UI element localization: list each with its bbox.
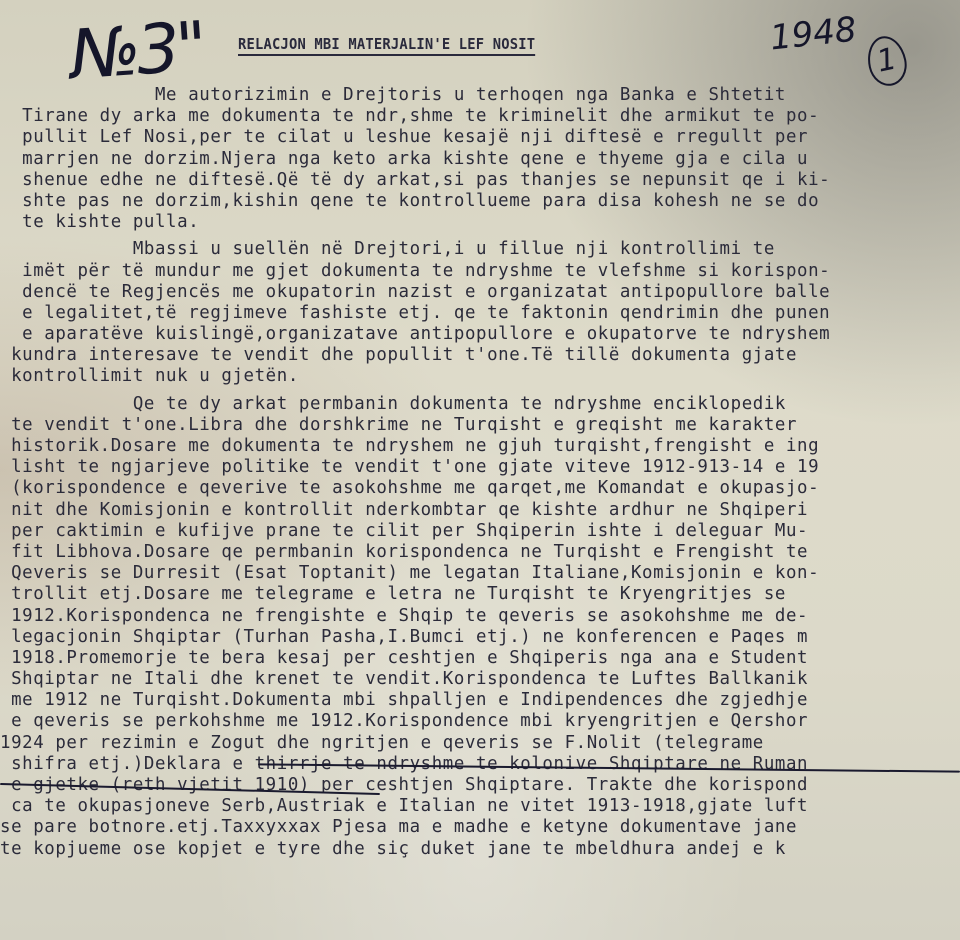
text-line: te vendit t'one.Libra dhe dorshkrime ne … (0, 415, 960, 436)
handwritten-year: 1948 (768, 10, 858, 59)
text-line: Tirane dy arka me dokumenta te ndr,shme … (0, 106, 960, 127)
text-line: se pare botnore.etj.Taxxyxxax Pjesa ma e… (0, 817, 960, 838)
text-line: Qeveris se Durresit (Esat Toptanit) me l… (0, 563, 960, 584)
text-line: Qe te dy arkat permbanin dokumenta te nd… (0, 394, 960, 415)
document-body: Me autorizimin e Drejtoris u terhoqen ng… (0, 85, 960, 860)
text-line: e aparatëve kuislingë,organizatave antip… (0, 324, 960, 345)
text-line: ca te okupasjoneve Serb,Austriak e Itali… (0, 796, 960, 817)
paragraph: Mbassi u suellën në Drejtori,i u fillue … (0, 239, 960, 387)
text-line: trollit etj.Dosare me telegrame e letra … (0, 584, 960, 605)
text-line: shte pas ne dorzim,kishin qene te kontro… (0, 191, 960, 212)
text-line: te kopjueme ose kopjet e tyre dhe siç du… (0, 839, 960, 860)
text-line: me 1912 ne Turqisht.Dokumenta mbi shpall… (0, 690, 960, 711)
text-line: kundra interesave te vendit dhe popullit… (0, 345, 960, 366)
text-line: fit Libhova.Dosare qe permbanin korispon… (0, 542, 960, 563)
text-line: Mbassi u suellën në Drejtori,i u fillue … (0, 239, 960, 260)
handwritten-circled-page-number: 1 (863, 33, 911, 90)
text-line: pullit Lef Nosi,per te cilat u leshue ke… (0, 127, 960, 148)
text-line: Shqiptar ne Itali dhe krenet te vendit.K… (0, 669, 960, 690)
text-line: 1918.Promemorje te bera kesaj per ceshtj… (0, 648, 960, 669)
handwritten-document-number: №3" (67, 7, 205, 95)
text-line: e qeveris se perkohshme me 1912.Korispon… (0, 711, 960, 732)
text-line: (korispondence e qeverive te asokohshme … (0, 478, 960, 499)
text-line: lisht te ngjarjeve politike te vendit t'… (0, 457, 960, 478)
text-line: shenue edhe ne diftesë.Që të dy arkat,si… (0, 170, 960, 191)
text-line: historik.Dosare me dokumenta te ndryshem… (0, 436, 960, 457)
text-line: e gjetke (reth vjetit 1910) per ceshtjen… (0, 775, 960, 796)
text-line: marrjen ne dorzim.Njera nga keto arka ki… (0, 149, 960, 170)
text-line: te kishte pulla. (0, 212, 960, 233)
text-line: 1924 per rezimin e Zogut dhe ngritjen e … (0, 733, 960, 754)
text-line: 1912.Korispondenca ne frengishte e Shqip… (0, 606, 960, 627)
paragraph: Qe te dy arkat permbanin dokumenta te nd… (0, 394, 960, 860)
text-line: e legalitet,të regjimeve fashiste etj. q… (0, 303, 960, 324)
text-line: shifra etj.)Deklara e thirrje te ndryshm… (0, 754, 960, 775)
document-title: RELACJON MBI MATERJALIN'E LEF NOSIT (238, 35, 535, 56)
text-line: Me autorizimin e Drejtoris u terhoqen ng… (0, 85, 960, 106)
text-line: kontrollimit nuk u gjetën. (0, 366, 960, 387)
paragraph: Me autorizimin e Drejtoris u terhoqen ng… (0, 85, 960, 233)
text-line: nit dhe Komisjonin e kontrollit nderkomb… (0, 500, 960, 521)
text-line: legacjonin Shqiptar (Turhan Pasha,I.Bumc… (0, 627, 960, 648)
text-line: per caktimin e kufijve prane te cilit pe… (0, 521, 960, 542)
scanned-document-page: №3" 1948 1 RELACJON MBI MATERJALIN'E LEF… (0, 0, 960, 940)
text-line: dencë te Regjencës me okupatorin nazist … (0, 282, 960, 303)
text-line: imët për të mundur me gjet dokumenta te … (0, 261, 960, 282)
